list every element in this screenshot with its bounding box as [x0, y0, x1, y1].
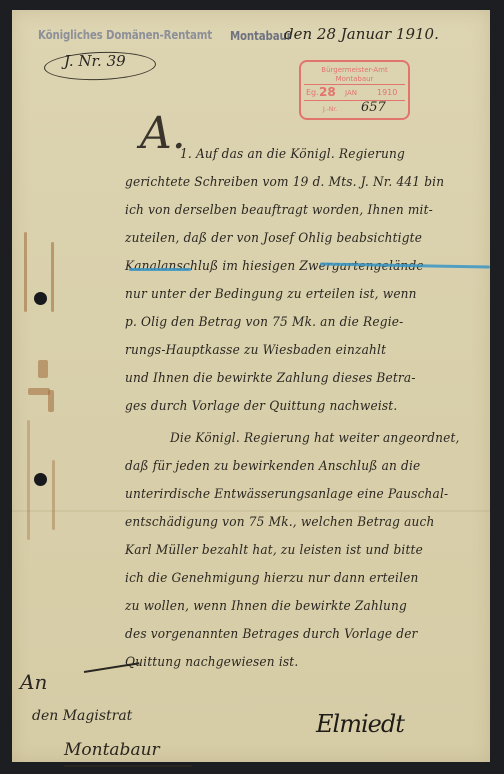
stamp-jnr-value: 657 [361, 100, 386, 115]
date-line: den 28 Januar 1910. [284, 25, 439, 43]
body-line: daß für jeden zu bewirkenden Anschluß an… [125, 459, 420, 474]
rust-stain [38, 360, 48, 378]
body-line: ges durch Vorlage der Quittung nachweist… [125, 399, 397, 414]
signature: Elmiedt [316, 710, 404, 738]
body-line: rungs-Hauptkasse zu Wiesbaden einzahlt [125, 343, 386, 358]
body-line: Die Königl. Regierung hat weiter angeord… [170, 431, 460, 446]
stamp-prefix: Eg. [306, 88, 319, 97]
body-line: gerichtete Schreiben vom 19 d. Mts. J. N… [125, 175, 444, 190]
rust-stain [48, 390, 54, 412]
letterhead: Königliches Domänen-Rentamt [38, 27, 212, 42]
stamp-office-line2: Montabaur [301, 75, 408, 83]
journal-number: J. Nr. 39 [64, 52, 126, 70]
place-stamp: Montabaur [230, 28, 291, 43]
rust-stain [51, 242, 54, 312]
body-line: ich von derselben beauftragt worden, Ihn… [125, 203, 433, 218]
body-line: 1. Auf das an die Königl. Regierung [180, 147, 405, 162]
punch-hole [34, 473, 47, 486]
body-line: nur unter der Bedingung zu erteilen ist,… [125, 287, 417, 302]
body-line: Quittung nachgewiesen ist. [125, 655, 298, 670]
rust-stain [24, 232, 27, 312]
rust-stain [52, 460, 55, 530]
stamp-day: 28 [319, 85, 336, 99]
recipient-line1: den Magistrat [32, 708, 132, 724]
body-line: zuteilen, daß der von Josef Ohlig beabsi… [125, 231, 422, 246]
blue-underline [129, 268, 191, 271]
stamp-jnr-label: J.-Nr. [323, 106, 337, 113]
body-line: und Ihnen die bewirkte Zahlung dieses Be… [125, 371, 416, 386]
body-line: Karl Müller bezahlt hat, zu leisten ist … [125, 543, 423, 558]
body-line: ich die Genehmigung hierzu nur dann erte… [125, 571, 419, 586]
salutation-flourish: A. [140, 108, 186, 159]
receipt-stamp: Bürgermeister-Amt Montabaur Eg. 28 JAN 1… [299, 60, 410, 120]
margin-note: An [20, 670, 47, 694]
body-line: entschädigung von 75 Mk., welchen Betrag… [125, 515, 435, 530]
document-page: Königliches Domänen-Rentamt Montabaur de… [12, 10, 490, 762]
rust-stain [27, 420, 30, 540]
body-line: p. Olig den Betrag von 75 Mk. an die Reg… [125, 315, 403, 330]
stamp-month: JAN [345, 89, 357, 97]
rust-stain [28, 388, 50, 395]
stamp-rule [304, 100, 405, 101]
stamp-office-line1: Bürgermeister-Amt [301, 66, 408, 74]
stamp-year: 1910 [377, 88, 397, 97]
body-line: des vorgenannten Betrages durch Vorlage … [125, 627, 418, 642]
paper-crease [12, 510, 490, 512]
recipient-underline [64, 765, 192, 767]
body-line: unterirdische Entwässerungsanlage eine P… [125, 487, 448, 502]
recipient-line2: Montabaur [64, 740, 160, 760]
punch-hole [34, 292, 47, 305]
